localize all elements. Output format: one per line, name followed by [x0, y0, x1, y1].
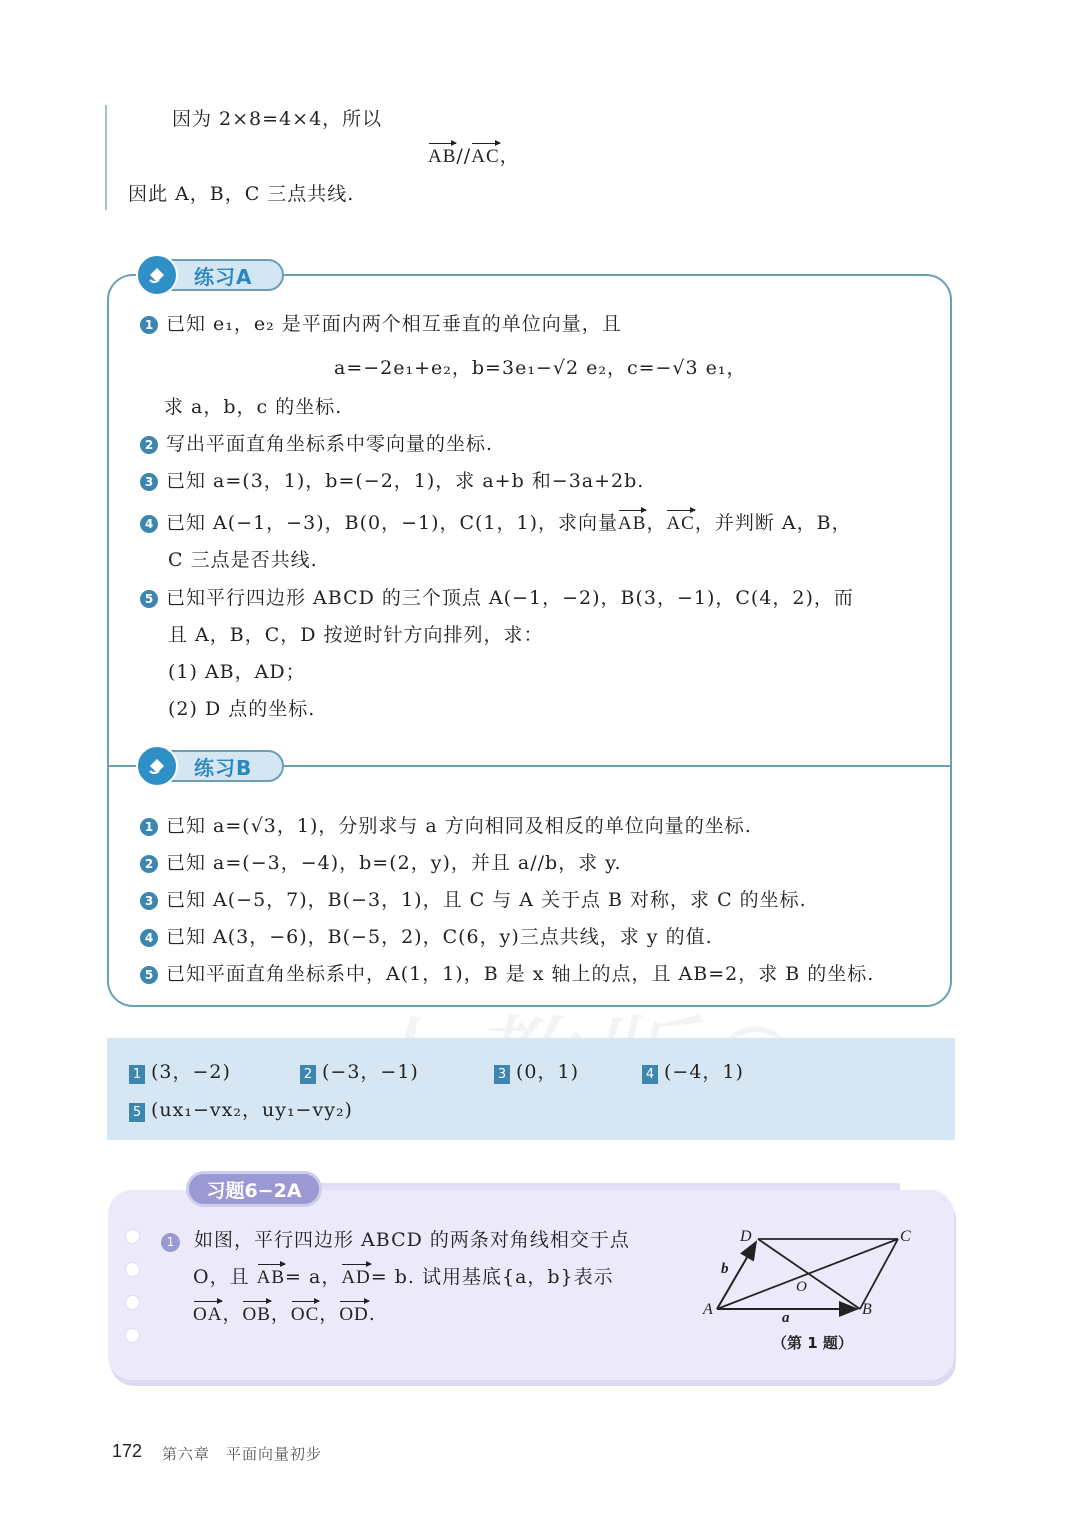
item-number-badge: 3 [140, 892, 158, 910]
practice-b-item-1: 1已知 a=(√3，1)，分别求与 a 方向相同及相反的单位向量的坐标. [140, 815, 752, 837]
item-number-badge: 2 [140, 436, 158, 454]
item-text: 已知 A(−1，−3)，B(0，−1)，C(1，1)，求向量 [166, 512, 618, 534]
answer-text: (−4，1) [664, 1061, 744, 1083]
item-number-badge: 5 [140, 966, 158, 984]
parallelogram-figure [695, 1222, 925, 1332]
figure-label-vector-b: b [721, 1261, 729, 1278]
example-line-3: 因此 A，B，C 三点共线. [128, 183, 354, 205]
practice-a-item-4: 4已知 A(−1，−3)，B(0，−1)，C(1，1)，求向量AB，AC，并判断… [140, 512, 852, 535]
figure-label-a: A [703, 1301, 713, 1319]
practice-b-item-3: 3已知 A(−5，7)，B(−3，1)，且 C 与 A 关于点 B 对称，求 C… [140, 889, 807, 911]
practice-a-item-4-cont: C 三点是否共线. [168, 549, 318, 571]
binder-hole [125, 1295, 140, 1310]
practice-a-item-5: 5已知平行四边形 ABCD 的三个顶点 A(−1，−2)，B(3，−1)，C(4… [140, 587, 854, 609]
item-text: 已知 a=(3，1)，b=(−2，1)，求 a+b 和−3a+2b. [166, 470, 644, 492]
practice-a-item-3: 3已知 a=(3，1)，b=(−2，1)，求 a+b 和−3a+2b. [140, 470, 644, 492]
item-text: = b. 试用基底{a，b}表示 [371, 1266, 614, 1288]
practice-b-header: 练习B [138, 750, 284, 782]
exercise-item-1-line-2: O，且 AB= a，AD= b. 试用基底{a，b}表示 [193, 1266, 614, 1289]
practice-a-item-5-sub-2: (2) D 点的坐标. [168, 698, 315, 720]
answer-text: (0，1) [516, 1061, 579, 1083]
vector-ac: AC [471, 146, 499, 168]
answer-3: 3(0，1) [494, 1057, 579, 1084]
item-text: 已知平面直角坐标系中，A(1，1)，B 是 x 轴上的点，且 AB=2，求 B … [166, 963, 874, 985]
item-number-badge: 1 [140, 818, 158, 836]
example-line-2: AB//AC， [428, 145, 520, 168]
practice-a-item-1-question: 求 a，b，c 的坐标. [164, 396, 342, 418]
item-text: 如图，平行四边形 ABCD 的两条对角线相交于点 [194, 1229, 630, 1251]
answer-1: 1(3，−2) [129, 1057, 231, 1084]
vector-od: OD [339, 1304, 368, 1326]
item-number-badge: 4 [140, 515, 158, 533]
exercise-item-1-line-3: OA，OB，OC，OD. [193, 1303, 376, 1326]
punct: ， [500, 145, 520, 167]
vector-ob: OB [242, 1304, 270, 1326]
vector-ad: AD [341, 1267, 370, 1289]
practice-a-item-5-sub-1: (1) AB，AD； [168, 661, 306, 683]
practice-a-header: 练习A [138, 259, 284, 291]
practice-a-item-2: 2写出平面直角坐标系中零向量的坐标. [140, 433, 493, 455]
answer-5: 5(ux₁−vx₂，uy₁−vy₂) [129, 1095, 353, 1122]
exercise-item-1: 1如图，平行四边形 ABCD 的两条对角线相交于点 [161, 1229, 630, 1252]
vector-ab: AB [618, 513, 646, 535]
vector-oc: OC [291, 1304, 319, 1326]
item-text: O，且 [193, 1266, 250, 1288]
figure-label-o: O [796, 1279, 807, 1296]
practice-b-item-4: 4已知 A(3，−6)，B(−5，2)，C(6，y)三点共线，求 y 的值. [140, 926, 713, 948]
example-line-1: 因为 2×8=4×4，所以 [172, 108, 382, 130]
answers-panel: 1(3，−2) 2(−3，−1) 3(0，1) 4(−4，1) 5(ux₁−vx… [107, 1038, 955, 1140]
item-text: 已知平行四边形 ABCD 的三个顶点 A(−1，−2)，B(3，−1)，C(4，… [166, 587, 854, 609]
practice-a-item-5-cont: 且 A，B，C，D 按逆时针方向排列，求： [168, 624, 544, 646]
figure-label-c: C [900, 1228, 911, 1246]
vector-ab: AB [257, 1267, 285, 1289]
answer-text: (ux₁−vx₂，uy₁−vy₂) [151, 1099, 353, 1121]
binder-hole [125, 1262, 140, 1277]
item-text: ，并判断 A，B， [695, 512, 852, 534]
item-text: 已知 e₁，e₂ 是平面内两个相互垂直的单位向量，且 [166, 313, 622, 335]
practice-a-item-1: 1已知 e₁，e₂ 是平面内两个相互垂直的单位向量，且 [140, 313, 622, 335]
practice-b-item-5: 5已知平面直角坐标系中，A(1，1)，B 是 x 轴上的点，且 AB=2，求 B… [140, 963, 874, 985]
item-text: = a， [285, 1266, 341, 1288]
answer-number: 2 [300, 1065, 316, 1084]
vector-ac: AC [666, 513, 694, 535]
exercise-title: 习题6−2A [186, 1171, 322, 1207]
item-number-badge: 5 [140, 590, 158, 608]
item-number-badge: 1 [140, 316, 158, 334]
binder-hole [125, 1229, 140, 1244]
practice-a-item-1-formula: a=−2e₁+e₂，b=3e₁−√2 e₂，c=−√3 e₁， [334, 357, 747, 379]
item-text: 已知 A(−5，7)，B(−3，1)，且 C 与 A 关于点 B 对称，求 C … [166, 889, 807, 911]
binder-hole [125, 1328, 140, 1343]
practice-b-item-2: 2已知 a=(−3，−4)，b=(2，y)，并且 a//b，求 y. [140, 852, 621, 874]
answer-number: 4 [642, 1065, 658, 1084]
item-text: 已知 A(3，−6)，B(−5，2)，C(6，y)三点共线，求 y 的值. [166, 926, 713, 948]
vector-ab: AB [428, 146, 456, 168]
practice-icon [136, 745, 178, 787]
item-number-badge: 1 [161, 1233, 180, 1252]
answer-text: (−3，−1) [322, 1061, 419, 1083]
parallel-symbol: // [456, 145, 471, 167]
figure-caption: （第 1 题） [772, 1332, 853, 1353]
vector-oa: OA [193, 1304, 222, 1326]
item-number-badge: 3 [140, 473, 158, 491]
item-text: 写出平面直角坐标系中零向量的坐标. [166, 433, 493, 455]
item-text: 已知 a=(√3，1)，分别求与 a 方向相同及相反的单位向量的坐标. [166, 815, 752, 837]
practice-b-title: 练习B [194, 752, 252, 781]
figure-label-vector-a: a [782, 1310, 790, 1327]
figure-label-b: B [862, 1301, 872, 1319]
item-text: 已知 a=(−3，−4)，b=(2，y)，并且 a//b，求 y. [166, 852, 621, 874]
chapter-title: 第六章 平面向量初步 [162, 1443, 322, 1464]
answer-number: 5 [129, 1103, 145, 1122]
item-number-badge: 2 [140, 855, 158, 873]
answer-2: 2(−3，−1) [300, 1057, 419, 1084]
item-number-badge: 4 [140, 929, 158, 947]
answer-number: 1 [129, 1065, 145, 1084]
example-left-rule [105, 105, 107, 210]
practice-icon [136, 254, 178, 296]
answer-number: 3 [494, 1065, 510, 1084]
page-number: 172 [112, 1441, 142, 1462]
practice-a-title: 练习A [194, 261, 252, 290]
answer-4: 4(−4，1) [642, 1057, 744, 1084]
answer-text: (3，−2) [151, 1061, 231, 1083]
figure-label-d: D [740, 1228, 752, 1246]
